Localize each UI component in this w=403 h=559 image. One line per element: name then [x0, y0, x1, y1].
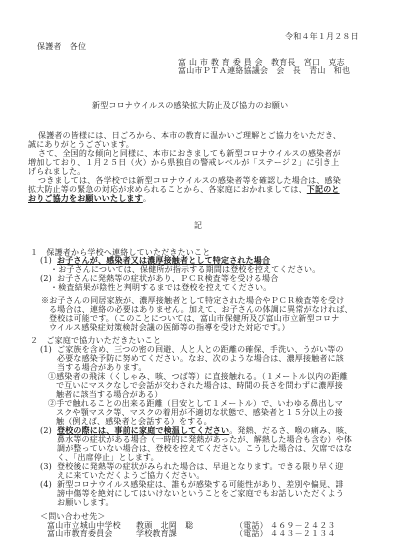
section-2-item-3-label: (3) [40, 462, 52, 471]
text-line: えに来ていただくようご協力ください。 [57, 471, 343, 480]
text-line: で互いにマスクなしで会話が交わされた場合は、時間の長さを問わずに濃厚接 [48, 381, 348, 390]
section-2-item-1-label: (1) [40, 345, 52, 354]
text-line: 登校は可能です。（このことについては、富山市保健所及び富山市立新型コロナ [41, 314, 353, 323]
text-segment: 。 [143, 194, 151, 203]
text-line: く、「出席停止」とします。 [57, 453, 352, 462]
text-line: 登校後に発熱等の症状がみられた場合は、早退となります。できる限り早く迎 [57, 462, 343, 471]
contact-org: 富山市教育委員会 [47, 529, 113, 538]
section-1-item-2-label: (2) [40, 274, 52, 283]
text-line: ご家族を含め、三つの密の回避、人と人との距離の確保、手洗い、うがい等の [57, 345, 344, 354]
intro-paragraph-2: さて、全国的な傾向と同様に、本市におきましても新型コロナウイルスの感染者が 増加… [28, 149, 341, 176]
text-line: さて、全国的な傾向と同様に、本市におきましても新型コロナウイルスの感染者が [28, 149, 341, 158]
section-2-item-2-label: (2) [40, 426, 52, 435]
contact-heading: ＜問い合わせ先＞ [40, 512, 106, 521]
text-line: ※お子さんの同居家族が、濃厚接触者として特定された場合やＰＣＲ検査等を受け [41, 296, 353, 305]
text-line: 登校の際には、事前に家庭で検温してください。発熱、だるさ、喉の痛み、咳、 [57, 426, 352, 435]
text-segment: 。発熱、だるさ、喉の痛み、咳、 [229, 426, 352, 435]
contact-person: 学校教育課 [136, 529, 177, 538]
section-1-item-1-label: (1) [40, 256, 52, 265]
text-line: 増加しており、１月２５日（火）から県独自の警戒レベルが「ステージ２」に引き上 [28, 158, 341, 167]
text-line: 新型コロナウイルス感染症は、誰もが感染する可能性があり、差別や偏見、誹 [57, 480, 344, 489]
section-2-sub-1: ①感染者の飛沫（くしゃみ、咳、つば等）に直接触れる。（１メートル以内の距離 で互… [48, 372, 348, 399]
section-2-item-4: 新型コロナウイルス感染症は、誰もが感染する可能性があり、差別や偏見、誹 謗中傷等… [57, 480, 344, 507]
section-1-item-1-bullet: ・お子さんについては、保健所が指示する期間は登校を控えてください。 [50, 265, 320, 274]
section-1-item-2-title: お子さんに発熱等の症状があり、ＰＣＲ検査等を受ける場合 [57, 274, 278, 283]
contact-tel-label: （電話） [235, 529, 268, 538]
text-line: 触者に該当する場合がある） [48, 390, 348, 399]
document-date: 令和４年１月２８日 [285, 32, 359, 41]
addressee: 保護者 各位 [37, 42, 86, 51]
text-line: ウイルス感染症対策検討会議の医師等の指導を受けた対応です。） [41, 323, 353, 332]
section-1-item-1-title: お子さんが、感染者又は濃厚接触者として特定された場合 [57, 256, 270, 265]
contact-tel: ４４３－２１３４ [270, 529, 336, 538]
section-2-heading: ２ ご家庭で協力いただきたいこと [30, 336, 161, 345]
text-line: げられました。 [28, 167, 341, 176]
text-line: ①感染者の飛沫（くしゃみ、咳、つば等）に直接触れる。（１メートル以内の距離 [48, 372, 348, 381]
sender-line-2: 富山市ＰＴＡ連絡協議会 会 長 青山 和也 [178, 66, 350, 75]
text-line: 調が整っていない場合は、登校を控えてください。こうした場合は、欠席ではな [57, 444, 352, 453]
text-line: 鼻水等の症状がある場合（一時的に発熱があったが、解熱した場合も含む）や体 [57, 435, 352, 444]
text-line: る場合は、連絡の必要はありません。加えて、お子さんの体調に異常がなければ、 [41, 305, 353, 314]
intro-paragraph-3: つきましては、各学校では新型コロナウイルスの感染者等を確認した場合は、感染 拡大… [28, 176, 341, 203]
text-line: スクや顎マスク等、マスクの着用が不適切な状態で、感染者と１５分以上の接 [48, 408, 343, 417]
emphasis-request: 下記のと [307, 184, 340, 194]
section-2-item-2: 登校の際には、事前に家庭で検温してください。発熱、だるさ、喉の痛み、咳、 鼻水等… [57, 426, 352, 462]
section-2-item-3: 登校後に発熱等の症状がみられた場合は、早退となります。できる限り早く迎 えに来て… [57, 462, 343, 480]
text-line: ②手で触れることの出来る距離（目安として１メートル）で、いわゆる鼻出しマ [48, 399, 343, 408]
document-title: 新型コロナウイルスの感染拡大防止及び協力のお願い [92, 101, 288, 110]
text-line: 必要な感染予防に努めてください。なお、次のような場合は、濃厚接触者に該 [57, 354, 344, 363]
emphasis-temperature-check: 登校の際には、事前に家庭で検温してください [57, 425, 229, 435]
intro-paragraph-1: 保護者の皆様には、日ごろから、本市の教育に温かいご理解とご協力をいただき、 誠に… [28, 131, 341, 149]
text-line: 誠にありがとうございます。 [28, 140, 341, 149]
text-line: 保護者の皆様には、日ごろから、本市の教育に温かいご理解とご協力をいただき、 [28, 131, 341, 140]
document-page: 令和４年１月２８日 保護者 各位 富 山 市 教 育 委 員 会 教育長 宮口 … [0, 0, 403, 559]
ki-heading: 記 [194, 221, 202, 230]
emphasis-request-cont: おりご協力をお願いいたします [28, 193, 143, 203]
text-line: つきましては、各学校では新型コロナウイルスの感染者等を確認した場合は、感染 [28, 176, 341, 185]
text-line: 謗中傷等を絶対にしてはいけないということをご家庭でもお話しいただくよう [57, 489, 344, 498]
text-line: おりご協力をお願いいたします。 [28, 194, 341, 203]
text-line: お願いします。 [57, 498, 344, 507]
section-2-item-1: ご家族を含め、三つの密の回避、人と人との距離の確保、手洗い、うがい等の 必要な感… [57, 345, 344, 372]
section-2-item-4-label: (4) [40, 480, 52, 489]
text-line: 当する場合があります。 [57, 363, 344, 372]
section-1-note: ※お子さんの同居家族が、濃厚接触者として特定された場合やＰＣＲ検査等を受け る場… [41, 296, 353, 332]
section-2-sub-2: ②手で触れることの出来る距離（目安として１メートル）で、いわゆる鼻出しマ スクや… [48, 399, 343, 426]
section-1-item-2-bullet: ・検査結果が陰性と判明するまでは登校を控えてください。 [50, 283, 271, 292]
